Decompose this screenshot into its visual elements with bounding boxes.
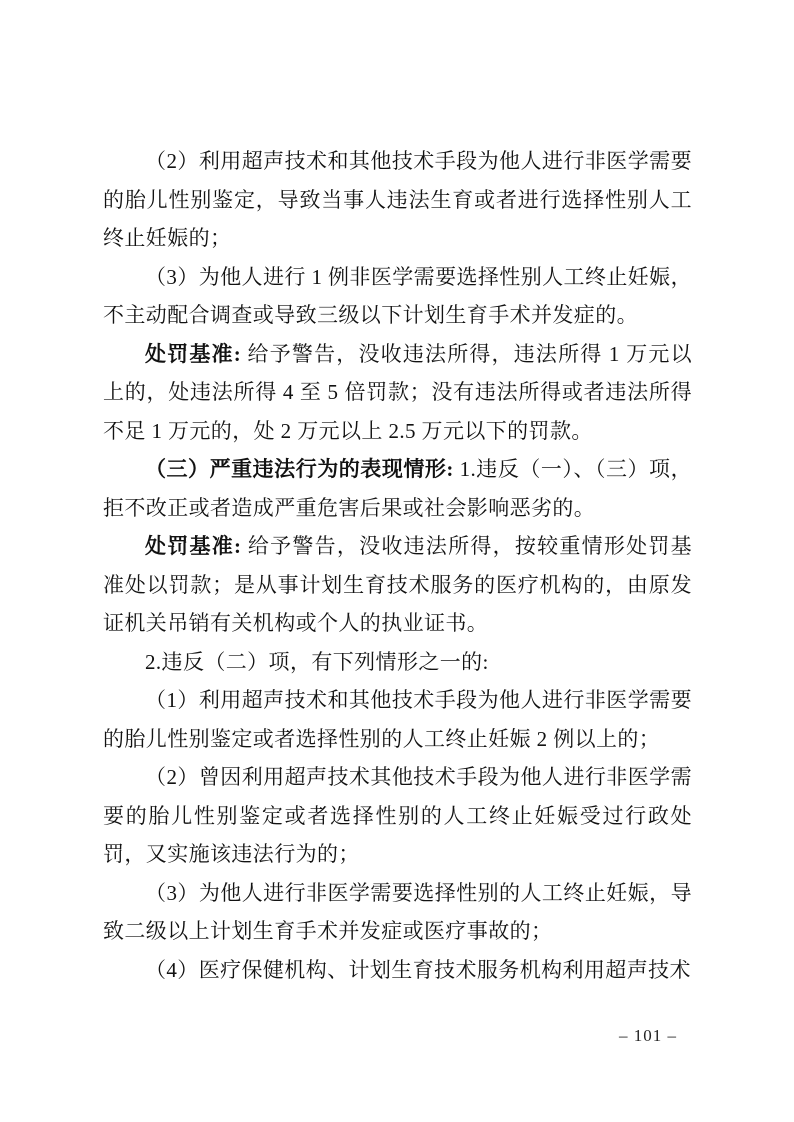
penalty-basis-label: 处罚基准: [145,534,241,558]
paragraph-item-2: （2）利用超声技术和其他技术手段为他人进行非医学需要的胎儿性别鉴定，导致当事人违… [103,142,692,258]
paragraph-subitem-3: （3）为他人进行非医学需要选择性别的人工终止妊娠，导致二级以上计划生育手术并发症… [103,874,692,951]
document-body: （2）利用超声技术和其他技术手段为他人进行非医学需要的胎儿性别鉴定，导致当事人违… [103,142,692,989]
page-footer: – 101 – [605,1026,691,1046]
document-page: （2）利用超声技术和其他技术手段为他人进行非医学需要的胎儿性别鉴定，导致当事人违… [0,0,794,1122]
paragraph-heading-severe-violation: （三）严重违法行为的表现情形: 1.违反（一）、（三）项，拒不改正或者造成严重危… [103,450,692,527]
paragraph-text: 2.违反（二）项，有下列情形之一的: [145,650,489,674]
paragraph-clause-2-intro: 2.违反（二）项，有下列情形之一的: [103,643,692,682]
paragraph-penalty-basis-1: 处罚基准: 给予警告，没收违法所得，违法所得 1 万元以上的，处违法所得 4 至… [103,335,692,451]
paragraph-subitem-1: （1）利用超声技术和其他技术手段为他人进行非医学需要的胎儿性别鉴定或者选择性别的… [103,681,692,758]
paragraph-text: （2）曾因利用超声技术其他技术手段为他人进行非医学需要的胎儿性别鉴定或者选择性别… [103,765,692,866]
penalty-basis-label: 处罚基准: [145,342,241,366]
page-number: – 101 – [619,1026,677,1045]
paragraph-text: （4）医疗保健机构、计划生育技术服务机构利用超声技术 [145,958,691,982]
paragraph-item-3: （3）为他人进行 1 例非医学需要选择性别人工终止妊娠，不主动配合调查或导致三级… [103,258,692,335]
paragraph-text: （1）利用超声技术和其他技术手段为他人进行非医学需要的胎儿性别鉴定或者选择性别的… [103,688,692,751]
paragraph-subitem-4: （4）医疗保健机构、计划生育技术服务机构利用超声技术 [103,951,692,990]
severe-violation-heading-label: （三）严重违法行为的表现情形: [145,457,454,481]
paragraph-text: （3）为他人进行非医学需要选择性别的人工终止妊娠，导致二级以上计划生育手术并发症… [103,881,692,944]
paragraph-subitem-2: （2）曾因利用超声技术其他技术手段为他人进行非医学需要的胎儿性别鉴定或者选择性别… [103,758,692,874]
paragraph-text: （2）利用超声技术和其他技术手段为他人进行非医学需要的胎儿性别鉴定，导致当事人违… [103,149,692,250]
paragraph-penalty-basis-2: 处罚基准: 给予警告，没收违法所得，按较重情形处罚基准处以罚款；是从事计划生育技… [103,527,692,643]
paragraph-text: （3）为他人进行 1 例非医学需要选择性别人工终止妊娠，不主动配合调查或导致三级… [103,265,692,328]
